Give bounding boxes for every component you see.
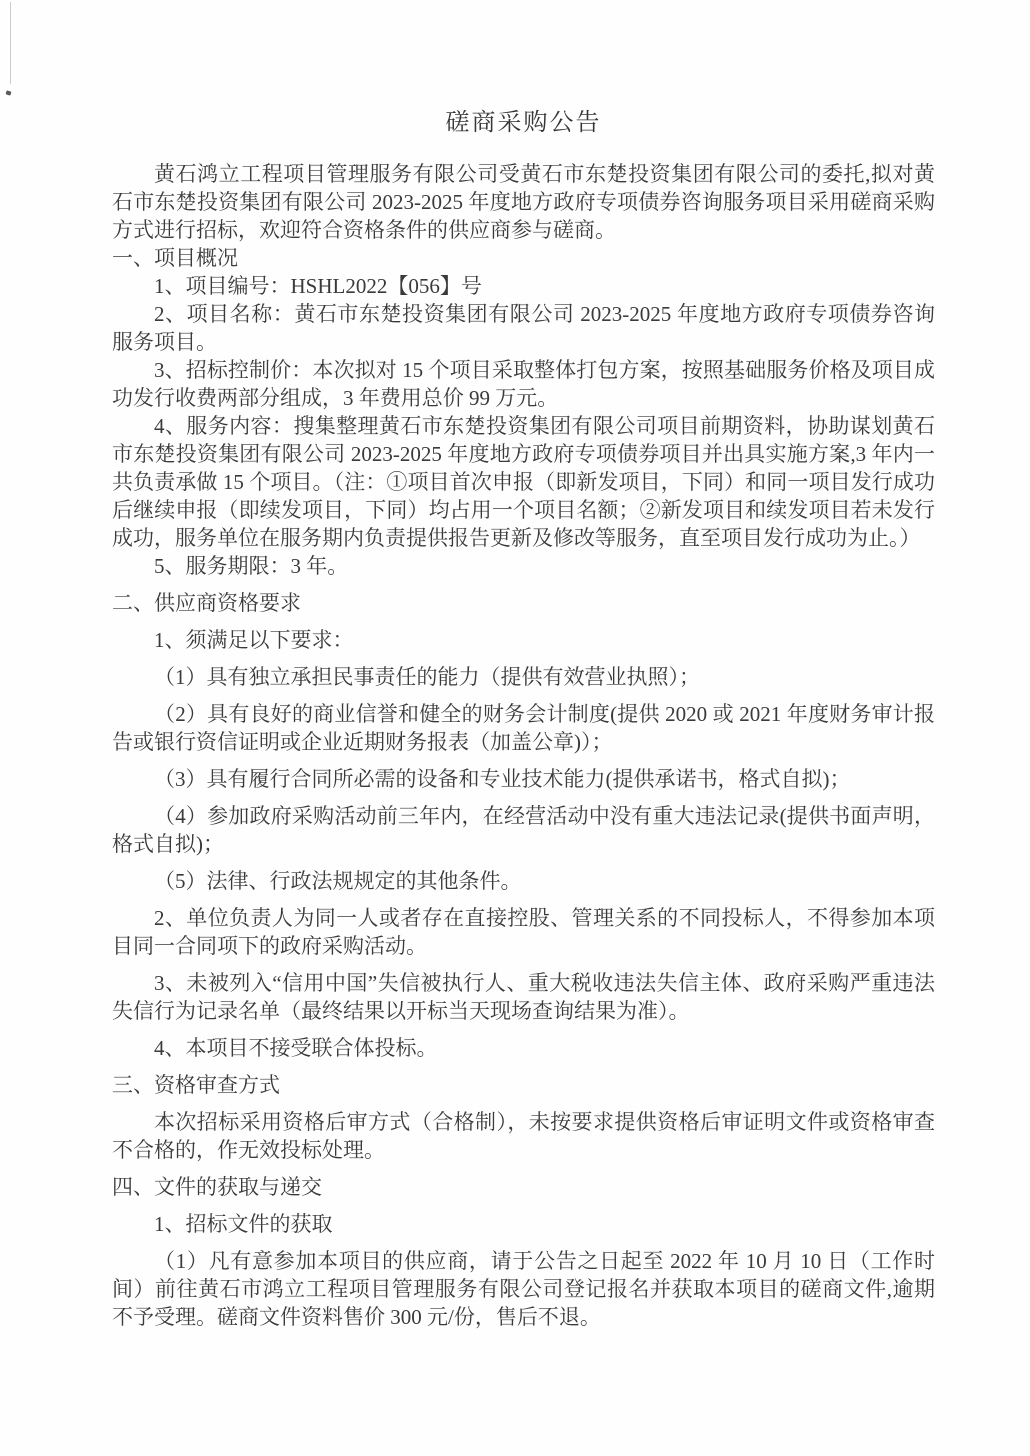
- section-heading-3: 三、资格审查方式: [112, 1071, 935, 1099]
- paragraph-same-person-rule: 2、单位负责人为同一人或者存在直接控股、管理关系的不同投标人，不得参加本项目同一…: [112, 904, 935, 960]
- section-heading-2: 二、供应商资格要求: [112, 589, 935, 617]
- document-body: 黄石鸿立工程项目管理服务有限公司受黄石市东楚投资集团有限公司的委托,拟对黄石市东…: [112, 160, 935, 1331]
- doc-title: 磋商采购公告: [112, 106, 935, 140]
- paragraph-service-content: 4、服务内容：搜集整理黄石市东楚投资集团有限公司项目前期资料，协助谋划黄石市东楚…: [112, 412, 935, 552]
- scan-artifact-line: [10, 2, 11, 84]
- paragraph-registration: （1）凡有意参加本项目的供应商，请于公告之日起至 2022 年 10 月 10 …: [112, 1247, 935, 1331]
- paragraph-doc-acquisition: 1、招标文件的获取: [112, 1210, 935, 1238]
- paragraph-requirement-4: （4）参加政府采购活动前三年内，在经营活动中没有重大违法记录(提供书面声明，格式…: [112, 802, 935, 858]
- paragraph-credit-china: 3、未被列入“信用中国”失信被执行人、重大税收违法失信主体、政府采购严重违法失信…: [112, 969, 935, 1025]
- paragraph-control-price: 3、招标控制价：本次拟对 15 个项目采取整体打包方案，按照基础服务价格及项目成…: [112, 356, 935, 412]
- paragraph-requirement-3: （3）具有履行合同所必需的设备和专业技术能力(提供承诺书，格式自拟)；: [112, 765, 935, 793]
- document-page: 磋商采购公告 黄石鸿立工程项目管理服务有限公司受黄石市东楚投资集团有限公司的委托…: [0, 0, 1030, 1456]
- paragraph-project-number: 1、项目编号：HSHL2022【056】号: [112, 272, 935, 300]
- scan-artifact-speck: [6, 90, 12, 95]
- paragraph-service-term: 5、服务期限：3 年。: [112, 552, 935, 580]
- paragraph-requirement-2: （2）具有良好的商业信誉和健全的财务会计制度(提供 2020 或 2021 年度…: [112, 700, 935, 756]
- section-heading-1: 一、项目概况: [112, 244, 935, 272]
- paragraph-project-name: 2、项目名称：黄石市东楚投资集团有限公司 2023-2025 年度地方政府专项债…: [112, 300, 935, 356]
- paragraph-requirement-1: （1）具有独立承担民事责任的能力（提供有效营业执照）；: [112, 663, 935, 691]
- paragraph-no-consortium: 4、本项目不接受联合体投标。: [112, 1034, 935, 1062]
- intro-paragraph: 黄石鸿立工程项目管理服务有限公司受黄石市东楚投资集团有限公司的委托,拟对黄石市东…: [112, 160, 935, 244]
- paragraph-requirement-5: （5）法律、行政法规规定的其他条件。: [112, 867, 935, 895]
- paragraph-qualification: 本次招标采用资格后审方式（合格制），未按要求提供资格后审证明文件或资格审查不合格…: [112, 1108, 935, 1164]
- paragraph-requirements: 1、须满足以下要求：: [112, 626, 935, 654]
- section-heading-4: 四、文件的获取与递交: [112, 1173, 935, 1201]
